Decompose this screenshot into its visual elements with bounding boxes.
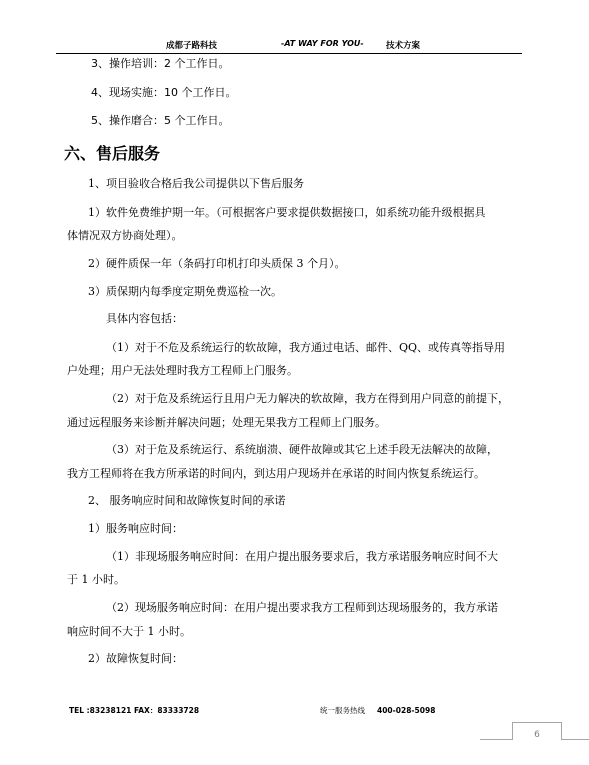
header-doc-type: 技术方案	[386, 39, 420, 51]
page-header: 成都子路科技 -AT WAY FOR YOU- 技术方案	[56, 38, 522, 54]
section-title: 六、售后服务	[64, 141, 160, 164]
paragraph-line: （1）对于不危及系统运行的软故障，我方通过电话、邮件、QQ、或传真等指导用	[106, 341, 505, 355]
paragraph-line: 于 1 小时。	[67, 573, 125, 587]
paragraph-line: （3）对于危及系统运行、系统崩溃、硬件故障或其它上述手段无法解决的故障，	[106, 443, 498, 457]
footer-contact: TEL :83238121 FAX：83333728	[69, 705, 199, 716]
paragraph-line: 1）服务响应时间：	[88, 522, 183, 536]
schedule-item: 5、操作磨合：5 个工作日。	[91, 114, 230, 128]
header-company: 成都子路科技	[166, 39, 217, 51]
paragraph-line: 体情况双方协商处理）。	[67, 229, 183, 243]
paragraph-line: 响应时间不大于 1 小时。	[67, 625, 191, 639]
paragraph-line: （2）对于危及系统运行且用户无力解决的软故障，我方在得到用户同意的前提下，	[106, 392, 509, 406]
page-number-rule-right	[561, 739, 589, 740]
paragraph-line: 我方工程师将在我方所承诺的时间内，到达用户现场并在承诺的时间内恢复系统运行。	[67, 467, 485, 481]
page-number-rule-left	[480, 739, 512, 740]
hotline-label: 统一服务热线	[320, 706, 365, 715]
document-page: 成都子路科技 -AT WAY FOR YOU- 技术方案 3、操作培训：2 个工…	[0, 0, 589, 765]
hotline-number: 400-028-5098	[377, 706, 435, 715]
paragraph-line: 2）故障恢复时间：	[88, 652, 183, 666]
paragraph-line: 通过远程服务来诊断并解决问题；处理无果我方工程师上门服务。	[67, 416, 386, 430]
schedule-item: 3、操作培训：2 个工作日。	[91, 57, 230, 71]
paragraph-line: 3）质保期内每季度定期免费巡检一次。	[88, 285, 282, 299]
paragraph-line: （1）非现场服务响应时间：在用户提出服务要求后，我方承诺服务响应时间不大	[106, 550, 498, 564]
header-slogan: -AT WAY FOR YOU-	[281, 39, 364, 48]
paragraph-line: 户处理；用户无法处理时我方工程师上门服务。	[67, 364, 298, 378]
footer-hotline: 统一服务热线400-028-5098	[320, 705, 435, 716]
paragraph-line: 1、项目验收合格后我公司提供以下售后服务	[88, 177, 304, 191]
page-number: 6	[512, 722, 562, 740]
paragraph-line: 2）硬件质保一年（条码打印机打印头质保 3 个月）。	[88, 257, 346, 271]
paragraph-line: 1）软件免费维护期一年。（可根据客户要求提供数据接口，如系统功能升级根据具	[88, 206, 486, 220]
paragraph-line: 具体内容包括：	[106, 312, 183, 326]
schedule-item: 4、现场实施：10 个工作日。	[91, 86, 237, 100]
paragraph-line: 2、 服务响应时间和故障恢复时间的承诺	[88, 494, 286, 508]
paragraph-line: （2）现场服务响应时间：在用户提出要求我方工程师到达现场服务的，我方承诺	[106, 601, 498, 615]
